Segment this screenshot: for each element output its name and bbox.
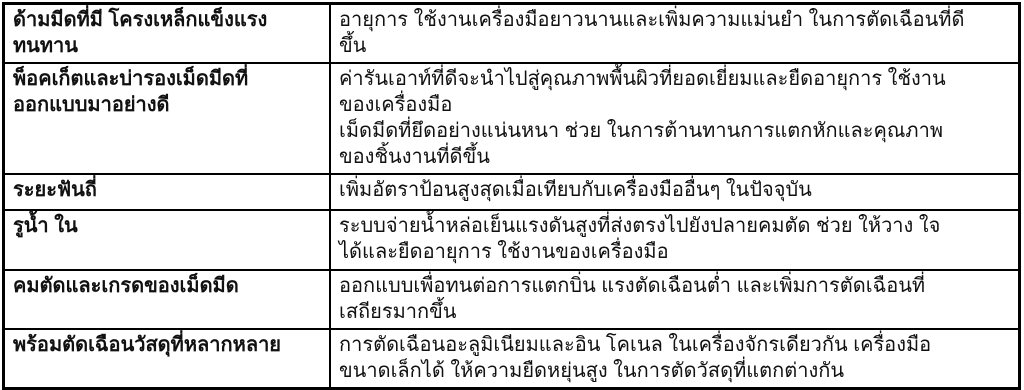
table-row: พร้อมตัดเฉือนวัสดุที่หลากหลาย การตัดเฉือ… <box>5 328 1018 387</box>
features-benefits-table: ด้ามมีดที่มี โครงเหล็กแข็งแรง ทนทาน อายุ… <box>2 2 1021 390</box>
benefit-cell: ค่ารันเอาท์ที่ดีจะนำไปสู่คุณภาพพื้นผิวที… <box>331 64 1018 173</box>
table-row: ระยะฟันถี่ เพิ่มอัตราป้อนสูงสุดเมื่อเทีย… <box>5 173 1018 209</box>
feature-cell: พ็อคเก็ตและบ่ารองเม็ดมีดที่ ออกแบบมาอย่า… <box>5 64 331 173</box>
table-row: พ็อคเก็ตและบ่ารองเม็ดมีดที่ ออกแบบมาอย่า… <box>5 62 1018 173</box>
feature-cell: พร้อมตัดเฉือนวัสดุที่หลากหลาย <box>5 330 331 387</box>
feature-cell: คมตัดและเกรดของเม็ดมีด <box>5 271 331 328</box>
benefit-cell: อายุการ ใช้งานเครื่องมือยาวนานและเพิ่มคว… <box>331 5 1018 62</box>
feature-cell: รูน้ำ ใน <box>5 211 331 269</box>
benefit-cell: เพิ่มอัตราป้อนสูงสุดเมื่อเทียบกับเครื่อง… <box>331 175 1018 209</box>
table-row: รูน้ำ ใน ระบบจ่ายน้ำหล่อเย็นแรงดันสูงที่… <box>5 209 1018 269</box>
benefit-cell: ระบบจ่ายน้ำหล่อเย็นแรงดันสูงที่ส่งตรงไปย… <box>331 211 1018 269</box>
table-row: คมตัดและเกรดของเม็ดมีด ออกแบบเพื่อทนต่อก… <box>5 269 1018 328</box>
feature-cell: ด้ามมีดที่มี โครงเหล็กแข็งแรง ทนทาน <box>5 5 331 62</box>
table-row: ด้ามมีดที่มี โครงเหล็กแข็งแรง ทนทาน อายุ… <box>5 5 1018 62</box>
benefit-cell: การตัดเฉือนอะลูมิเนียมและอิน โคเนล ในเคร… <box>331 330 1018 387</box>
feature-cell: ระยะฟันถี่ <box>5 175 331 209</box>
benefit-cell: ออกแบบเพื่อทนต่อการแตกบิ่น แรงตัดเฉือนต่… <box>331 271 1018 328</box>
